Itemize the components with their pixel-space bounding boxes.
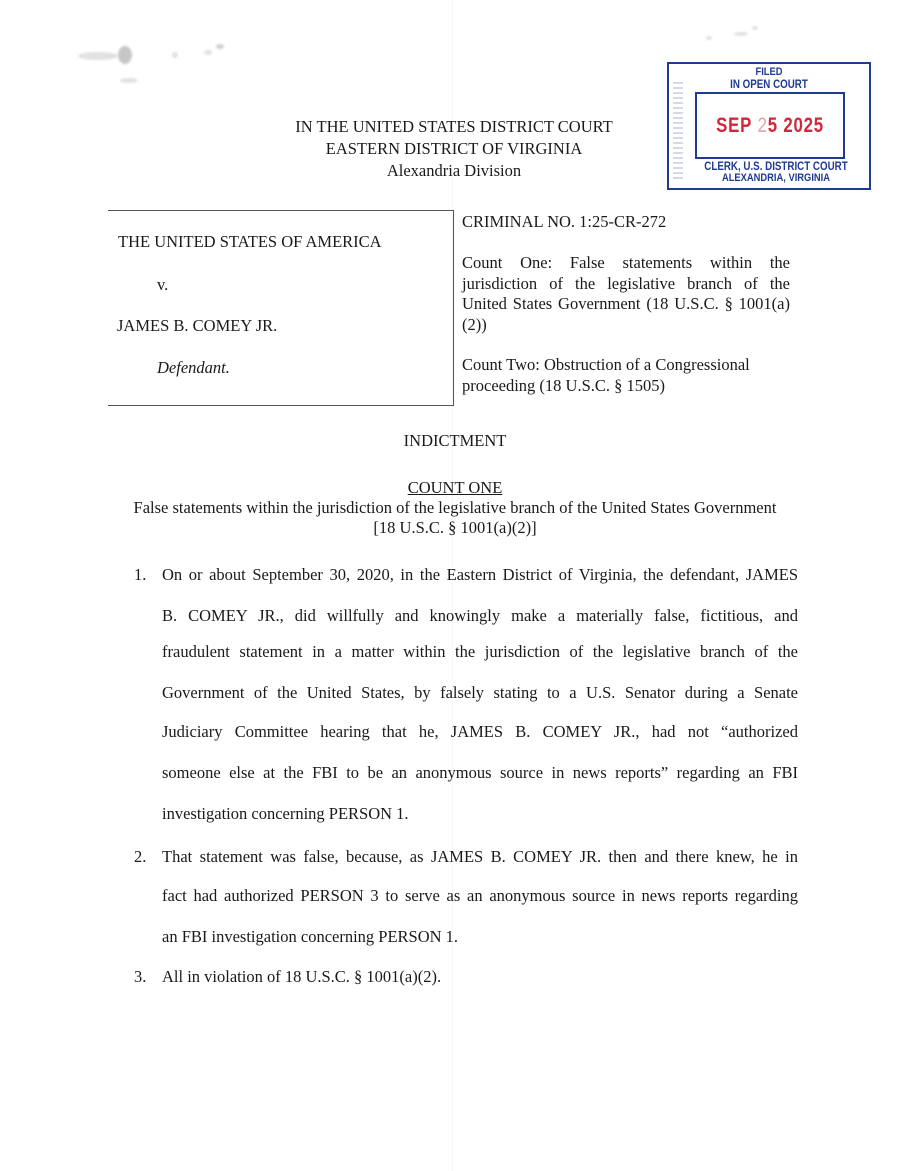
scan-smudge xyxy=(172,52,178,58)
defendant-label: Defendant. xyxy=(157,358,230,378)
plaintiff: THE UNITED STATES OF AMERICA xyxy=(118,232,382,252)
paragraph-line: fraudulent statement in a matter within … xyxy=(162,642,798,662)
stamp-date: SEP 25 2025 xyxy=(712,114,829,138)
stamp-texture xyxy=(673,82,683,182)
paragraph-number: 3. xyxy=(134,967,146,987)
paragraph-number: 1. xyxy=(134,565,146,585)
count-two-summary: Count Two: Obstruction of a Congressiona… xyxy=(462,355,790,396)
caption-divider xyxy=(453,210,454,406)
count-one-summary: Count One: False statements within the j… xyxy=(462,253,790,335)
stamp-year: 2025 xyxy=(783,114,824,137)
paragraph-line: Government of the United States, by fals… xyxy=(162,683,798,703)
division-name: Alexandria Division xyxy=(240,160,668,182)
criminal-number: CRIMINAL NO. 1:25-CR-272 xyxy=(462,212,790,233)
district-name: EASTERN DISTRICT OF VIRGINIA xyxy=(240,138,668,160)
paragraph-line: fact had authorized PERSON 3 to serve as… xyxy=(162,886,798,906)
scan-smudge xyxy=(118,46,132,64)
count-one-heading-text: COUNT ONE xyxy=(408,478,503,497)
stamp-city-label: ALEXANDRIA, VIRGINIA xyxy=(697,173,855,184)
caption-top-rule xyxy=(108,210,454,211)
stamp-date-box: SEP 25 2025 xyxy=(695,92,845,159)
paragraph-line: All in violation of 18 U.S.C. § 1001(a)(… xyxy=(162,967,798,987)
filed-stamp: FILED IN OPEN COURT SEP 25 2025 CLERK, U… xyxy=(667,62,871,190)
paragraph-line: an FBI investigation concerning PERSON 1… xyxy=(162,927,798,947)
stamp-day-first: 2 xyxy=(758,114,768,137)
paragraph-line: Judiciary Committee hearing that he, JAM… xyxy=(162,722,798,742)
paragraph-number: 2. xyxy=(134,847,146,867)
scan-smudge xyxy=(734,32,748,36)
scan-smudge xyxy=(120,78,138,83)
stamp-day-second: 5 xyxy=(768,114,778,137)
stamp-open-court-label: IN OPEN COURT xyxy=(684,79,854,91)
versus: v. xyxy=(157,275,168,295)
paragraph-line: B. COMEY JR., did willfully and knowingl… xyxy=(162,606,798,626)
paragraph-line: On or about September 30, 2020, in the E… xyxy=(162,565,798,585)
court-name: IN THE UNITED STATES DISTRICT COURT xyxy=(240,116,668,138)
document-title: INDICTMENT xyxy=(100,431,810,451)
scan-smudge xyxy=(706,36,712,40)
scan-smudge xyxy=(204,50,212,55)
court-header: IN THE UNITED STATES DISTRICT COURT EAST… xyxy=(240,116,668,182)
stamp-month: SEP xyxy=(716,114,752,137)
paragraph-line: That statement was false, because, as JA… xyxy=(162,847,798,867)
defendant-name: JAMES B. COMEY JR. xyxy=(117,316,277,336)
paragraph-line: someone else at the FBI to be an anonymo… xyxy=(162,763,798,783)
scan-smudge xyxy=(216,44,224,49)
scan-smudge xyxy=(78,52,118,60)
scan-smudge xyxy=(752,26,758,30)
paragraph-line: investigation concerning PERSON 1. xyxy=(162,804,798,824)
stamp-filed-label: FILED xyxy=(684,67,854,78)
count-one-heading: COUNT ONE xyxy=(100,478,810,498)
count-one-statute: [18 U.S.C. § 1001(a)(2)] xyxy=(100,518,810,538)
count-one-subheading: False statements within the jurisdiction… xyxy=(100,498,810,518)
caption-bottom-rule xyxy=(108,405,454,406)
